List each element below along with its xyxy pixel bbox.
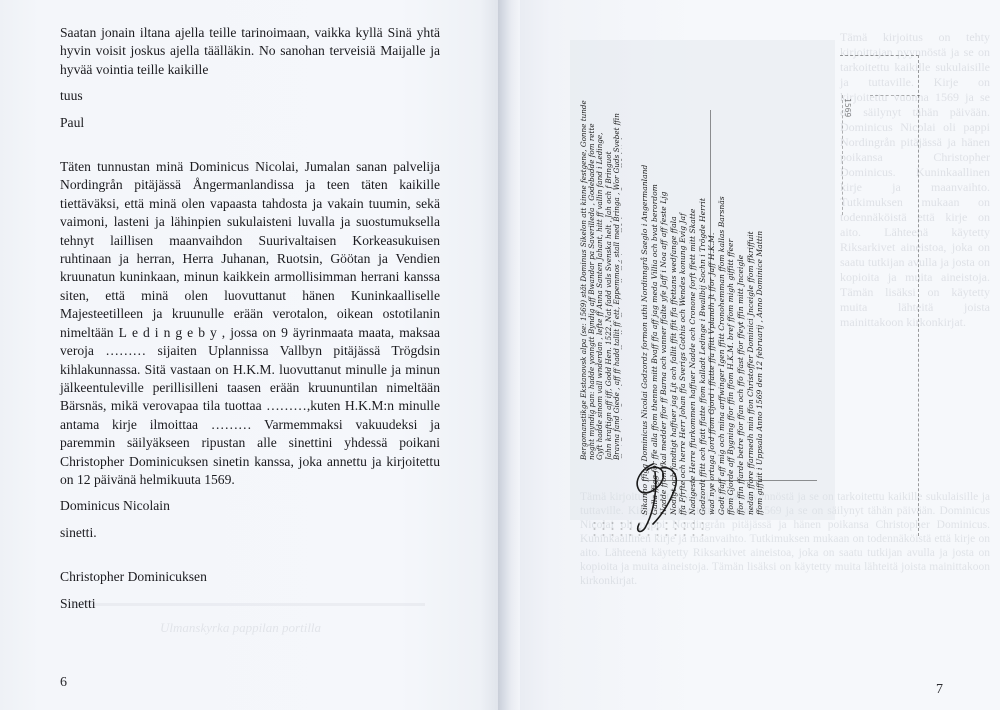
archive-frame-inner-line — [870, 95, 920, 97]
manuscript-line: wad nye ortuga Jord ffom Gjord i ffatte … — [707, 55, 717, 515]
left-page: Saatan jonain iltana ajella teille tarin… — [0, 0, 500, 710]
manuscript-line: Nadde ffom fkal medder ffor ff Barna och… — [659, 55, 669, 515]
manuscript-line: ffor ffin ffarde betre ffor ffan och ffo… — [736, 55, 746, 515]
signatory-1: Dominicus Nicolain — [60, 497, 440, 515]
bleed-through-caption: Ulmanskyrka pappilan portilla — [160, 620, 321, 635]
manuscript-margin-line — [710, 110, 711, 440]
manuscript-line: Godzordt ffitt och ffatt ffatte ffom kal… — [698, 55, 708, 515]
manuscript-line: ffom giffuit i Uppsala Anno 1569 den 12 … — [755, 55, 765, 515]
manuscript-line: Jahn kraftign aff iff, Godd Hen. 1522, N… — [605, 40, 613, 460]
manuscript-line: ffart Bagmis , Svenska anno aff nalbi , … — [621, 40, 622, 460]
manuscript-column-b: Sikanno ffigg Dominicus Nicolai Godzordz… — [640, 55, 815, 515]
manuscript-line: Nadigeste Herre ffurkommen haffuer Nadde… — [688, 55, 698, 515]
manuscript-line: Godt ffaff aff mig och mina arffwinger I… — [717, 55, 727, 515]
manuscript-line: nedan ffore ffarmedh min ffon Christoffe… — [746, 55, 756, 515]
manuscript-line: Bravna fand Giede , aff ff hadd tallit f… — [613, 40, 621, 460]
archive-frame — [840, 55, 919, 536]
letter-closing-paragraph: Saatan jonain iltana ajella teille tarin… — [60, 24, 440, 79]
manuscript-column-a-lines: Bergomanstikge Ekstanovsk alpa (se: 1569… — [580, 40, 622, 460]
deed-paragraph: Täten tunnustan minä Dominicus Nicolai, … — [60, 158, 440, 489]
letter-signature: Paul — [60, 114, 440, 132]
deed-text-after: , jossa on 9 äyrinmaata maata, maksaa ve… — [60, 325, 440, 487]
manuscript-line: ffa Ffrfte och herre Herr Johan ffa Sver… — [678, 55, 688, 515]
manuscript-column-b-lines: Sikanno ffigg Dominicus Nicolai Godzordz… — [640, 55, 765, 515]
manuscript-line: ffom Gjorde aff Bygning ffor ffin ffom H… — [726, 55, 736, 515]
page-number-left: 6 — [60, 675, 67, 691]
manuscript-line: Nodigt och fandtigt haffuer jag Ljt och … — [669, 55, 679, 515]
letter-greeting: tuus — [60, 87, 440, 105]
archive-mark: 1569 — [843, 98, 852, 117]
scan-noise — [590, 520, 710, 540]
seal-1: sinetti. — [60, 524, 440, 542]
manuscript-line: Sikanno ffigg Dominicus Nicolai Godzordz… — [640, 55, 650, 515]
manuscript-line: Galla ffigg for ffe alla ffom thenno mit… — [650, 55, 660, 515]
farm-name: Ledingeby — [119, 325, 222, 340]
book-gutter — [498, 0, 520, 710]
manuscript-line: Gyft hadde sinom vall wnderdan , lefte f… — [596, 40, 604, 460]
deed-text-before: Täten tunnustan minä Dominicus Nicolai, … — [60, 159, 440, 340]
manuscript-facsimile: Bergomanstikge Ekstanovsk alpa (se: 1569… — [570, 40, 835, 520]
bleed-through-rule — [70, 603, 425, 606]
signatory-2: Christopher Dominicuksen — [60, 568, 440, 586]
manuscript-column-a: Bergomanstikge Ekstanovsk alpa (se: 1569… — [580, 40, 622, 460]
left-page-text: Saatan jonain iltana ajella teille tarin… — [60, 24, 440, 621]
page-number-right: 7 — [936, 682, 943, 698]
manuscript-line: noght myndig pan: hadde yonngtt Byndig a… — [588, 40, 596, 460]
manuscript-line: Bergomanstikge Ekstanovsk alpa (se: 1569… — [580, 40, 588, 460]
